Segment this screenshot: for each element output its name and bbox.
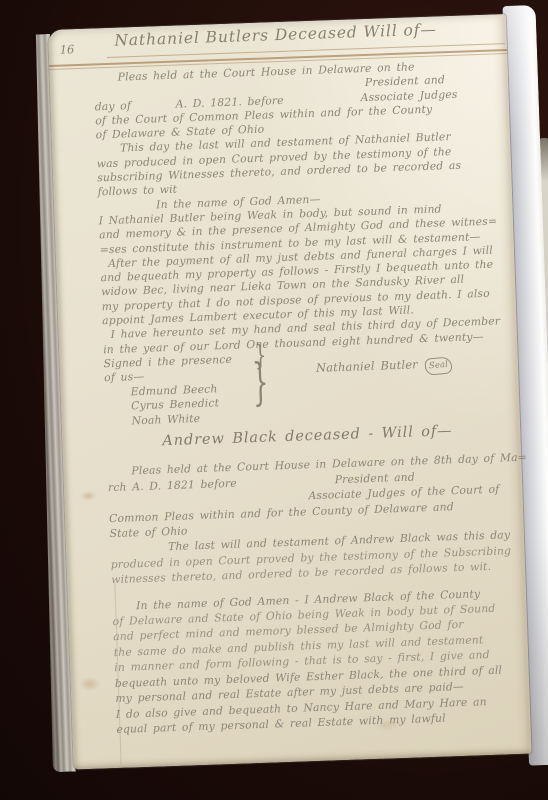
seal-mark: Seal	[424, 356, 453, 376]
age-spot	[79, 677, 101, 692]
book-page: 16 Nathaniel Butlers Deceased Will of— P…	[48, 14, 532, 770]
age-spot	[80, 491, 96, 502]
page-number: 16	[59, 42, 74, 57]
brace: }	[252, 374, 268, 389]
nathaniel-butler-record: Pleas held at the Court House in Delawar…	[93, 57, 512, 430]
record-book-leaf: 16 Nathaniel Butlers Deceased Will of— P…	[48, 14, 532, 770]
signature-name: Nathaniel Butler	[316, 357, 418, 375]
photo-of-record-book: 16 Nathaniel Butlers Deceased Will of— P…	[0, 0, 548, 800]
record-title-nathaniel-butler: Nathaniel Butlers Deceased Will of—	[114, 20, 437, 49]
andrew-black-record: Andrew Black deceased - Will of— Pleas h…	[106, 422, 523, 737]
